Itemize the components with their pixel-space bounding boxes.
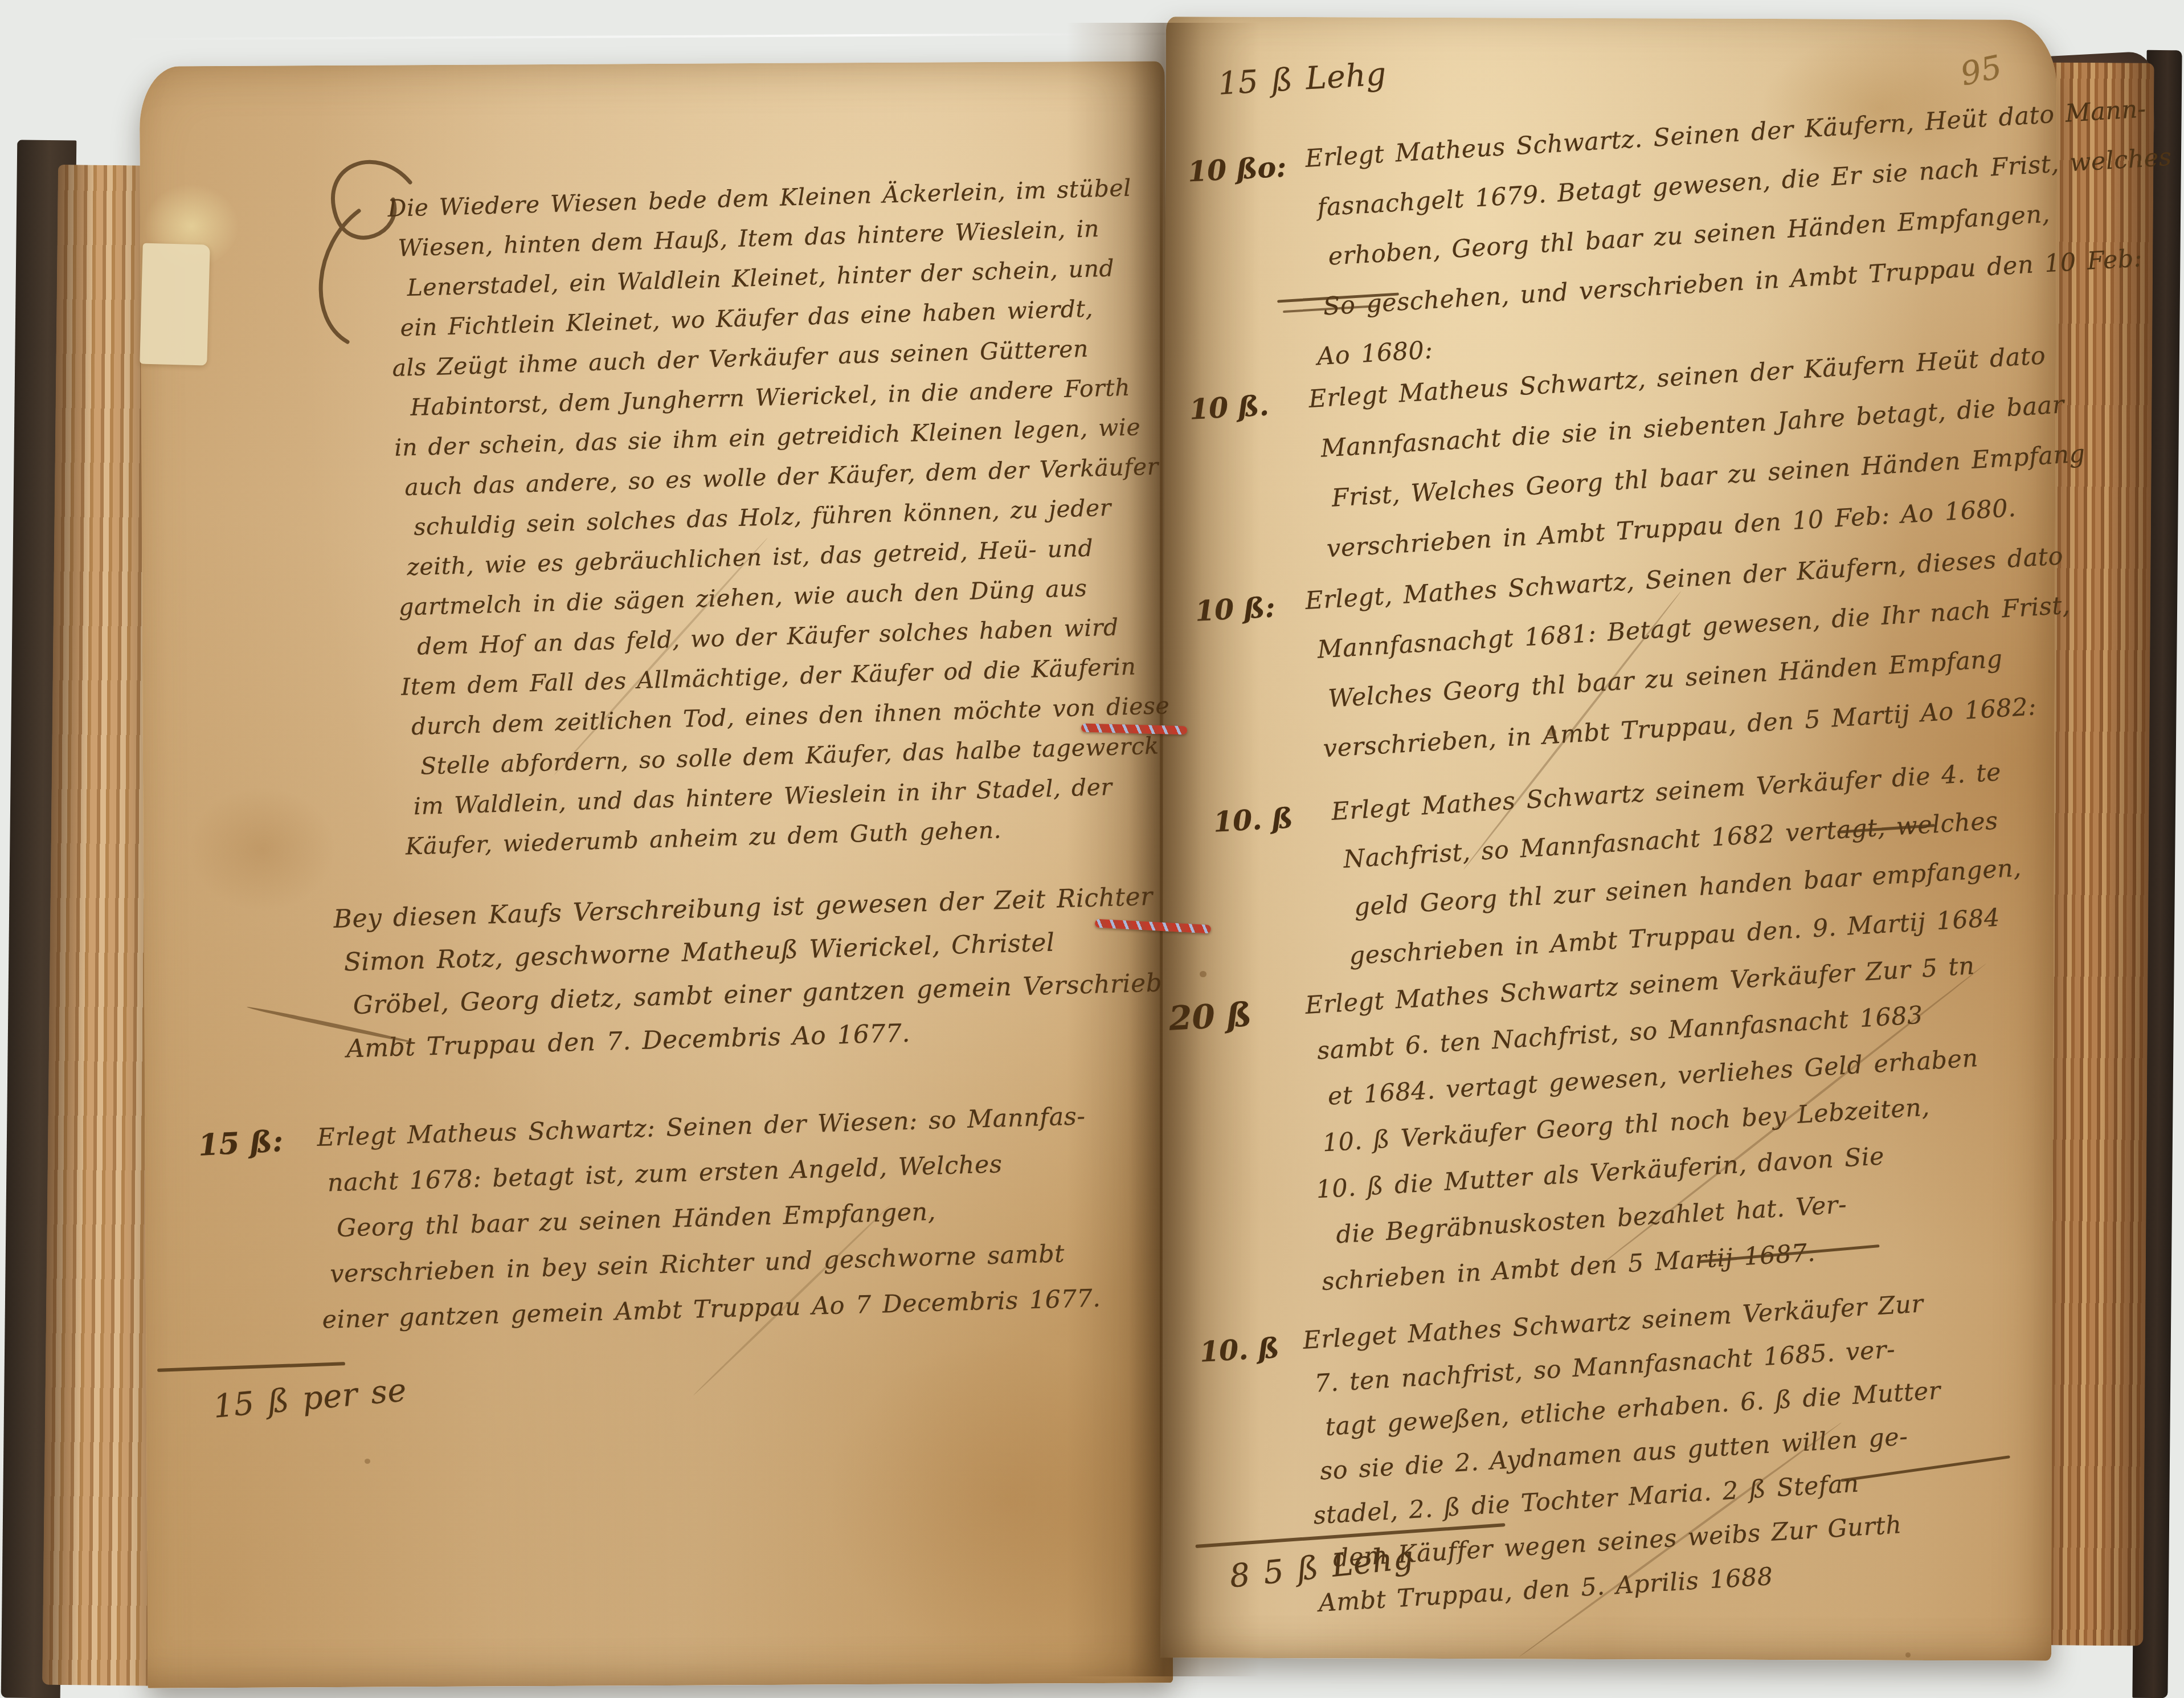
margin-amount-label: 10 ßo:	[1187, 150, 1287, 189]
margin-amount-label: 10. ß	[1213, 801, 1294, 838]
manuscript-entry: Erleget Mathes Schwartz seinem Verkäufer…	[1302, 1284, 2031, 1633]
manuscript-entry: Erlegt Matheus Schwartz, seinen der Käuf…	[1308, 343, 2031, 586]
repair-patch	[140, 243, 210, 365]
margin-amount-label: 10. ß	[1199, 1331, 1280, 1368]
manuscript-entry-15s: Erlegt Matheus Schwartz: Seinen der Wies…	[317, 1101, 1149, 1352]
margin-amount-label: 15 ß:	[198, 1124, 284, 1163]
photo-open-ledger-book: 95 Die Wiedere Wiesen bede dem Kleinen Ä…	[0, 0, 2184, 1698]
manuscript-entry: Erlegt, Mathes Schwartz, Seinen der Käuf…	[1304, 545, 2027, 785]
margin-amount-label: 10 ß:	[1195, 590, 1276, 627]
manuscript-paragraph-witnesses: Bey diesen Kaufs Verschreibung ist gewes…	[333, 883, 1135, 1078]
margin-amount-label: 10 ß.	[1189, 389, 1270, 426]
manuscript-entry: Erlegt Mathes Schwartz seinem Verkäufer …	[1304, 949, 2034, 1314]
manuscript-paragraph-main: Die Wiedere Wiesen bede dem Kleinen Äcke…	[387, 173, 1181, 873]
margin-amount-label: 20 ß	[1168, 995, 1252, 1038]
